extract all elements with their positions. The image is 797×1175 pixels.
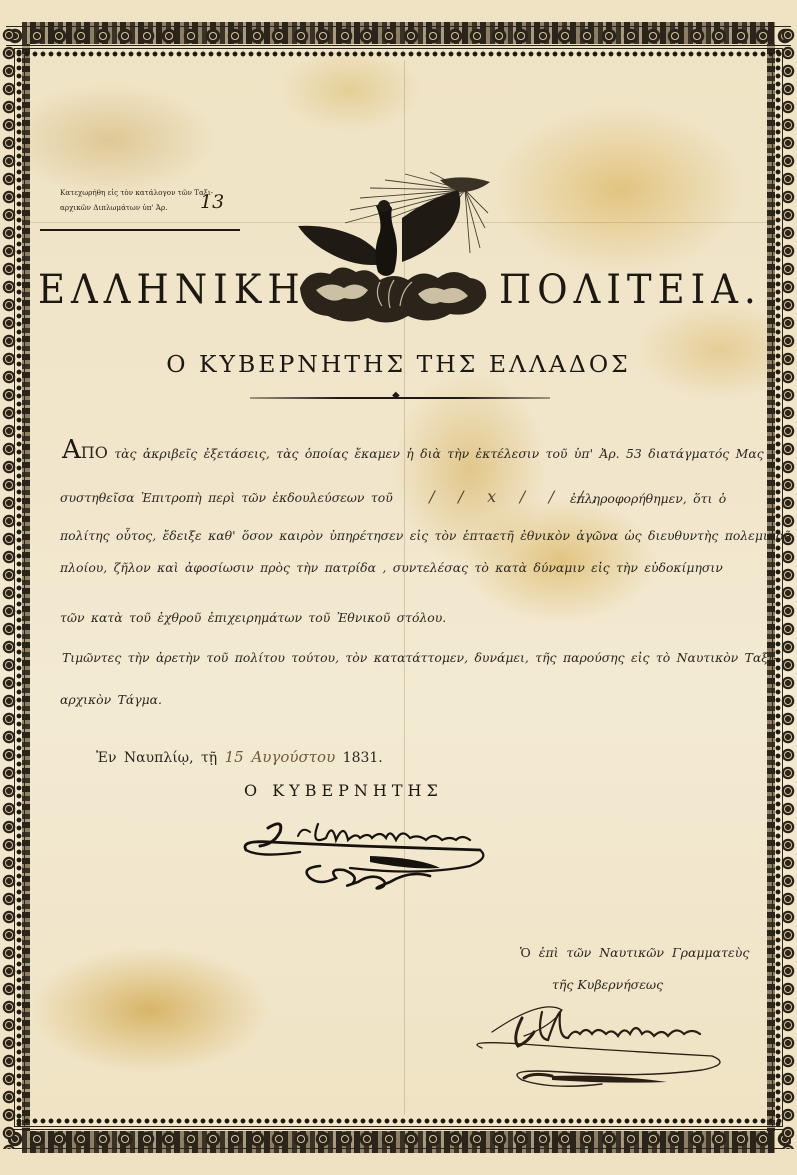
body-line-2: συστηθεῖσα Ἐπιτροπὴ περὶ τῶν ἐκδουλεύσεω… [60,487,604,506]
rosette-border-top [6,26,791,46]
body-text-line: πολίτης οὗτος, ἔδειξε καθ' ὅσον καιρὸν ὑ… [60,528,791,543]
dotted-border-left [14,48,25,1127]
subheading: Ο ΚΥΒΕΡΝΗΤΗΣ ΤΗΣ ΕΛΛΑΔΟΣ [0,350,797,378]
body-line-4: πλοίου, ζῆλον καὶ ἀφοσίωσιν πρὸς τὴν πατ… [60,560,723,575]
body-text-line: συστηθεῖσα Ἐπιτροπὴ περὶ τῶν ἐκδουλεύσεω… [60,490,393,505]
body-text-line: τὰς ἀκριβεῖς ἐξετάσεις, τὰς ὁποίας ἔκαμε… [114,446,763,461]
secretary-title: Ὁ ἐπὶ τῶν Ναυτικῶν Γραμματεὺς [520,945,749,960]
phoenix-emblem-icon [290,168,495,328]
certificate-page: Κατεχωρήθη εἰς τὸν κατάλογον τῶν Ταξι- α… [0,0,797,1175]
dotted-border-right [772,48,783,1127]
body-line-7: αρχικὸν Τάγμα. [60,692,162,707]
body-line-1: ΑΠΟ τὰς ἀκριβεῖς ἐξετάσεις, τὰς ὁποίας ἔ… [62,435,764,465]
body-line-6: Τιμῶντες τὴν ἀρετὴν τοῦ πολίτου τούτου, … [62,650,777,665]
body-text-line: αρχικὸν Τάγμα. [60,692,162,707]
body-text-line: τῶν κατὰ τοῦ ἐχθροῦ ἐπιχειρημάτων τοῦ Ἐθ… [60,610,446,625]
body-text-line: Τιμῶντες τὴν ἀρετὴν τοῦ πολίτου τούτου, … [62,650,777,665]
rosette-border-bottom [6,1129,791,1149]
body-line-3: πολίτης οὗτος, ἔδειξε καθ' ὅσον καιρὸν ὑ… [60,528,791,543]
body-line-5: τῶν κατὰ τοῦ ἐχθροῦ ἐπιχειρημάτων τοῦ Ἐθ… [60,610,446,625]
heading-right: ΠΟΛΙΤΕΙΑ. [499,266,762,312]
body-line-2b: ἐπληροφορήθημεν, ὅτι ὁ [570,491,726,506]
date-line: Ἐν Ναυπλίῳ, τῇ 15 Αυγούστου 1831. [96,748,383,766]
rosette-border-right [781,26,795,1149]
date-place: Ἐν Ναυπλίῳ, τῇ [96,750,217,766]
handwritten-date: 15 Αυγούστου [225,748,336,766]
heading-left: ΕΛΛΗΝΙΚΗ [38,266,306,312]
dropcap: Α [62,435,81,465]
date-year: 1831. [343,750,383,766]
dropcap-rest: ΠΟ [81,443,108,462]
ornamental-rule [250,397,550,399]
secretary-title-text: ἐπὶ τῶν Ναυτικῶν Γραμματεὺς [539,945,750,960]
registry-note: Κατεχωρήθη εἰς τὸν κατάλογον τῶν Ταξι- α… [60,185,235,215]
secretary-subtitle: τῆς Κυβερνήσεως [552,977,663,992]
secretary-title-cap: Ὁ [520,945,531,960]
body-text-line: πλοίου, ζῆλον καὶ ἀφοσίωσιν πρὸς τὴν πατ… [60,560,723,575]
registry-rule [40,229,240,231]
secretary-signature-icon [462,998,747,1090]
governor-title: Ο ΚΥΒΕΡΝΗΤΗΣ [244,781,443,800]
body-text-line: ἐπληροφορήθημεν, ὅτι ὁ [570,491,726,506]
governor-signature-icon [240,818,500,890]
registry-number: 13 [200,195,224,210]
